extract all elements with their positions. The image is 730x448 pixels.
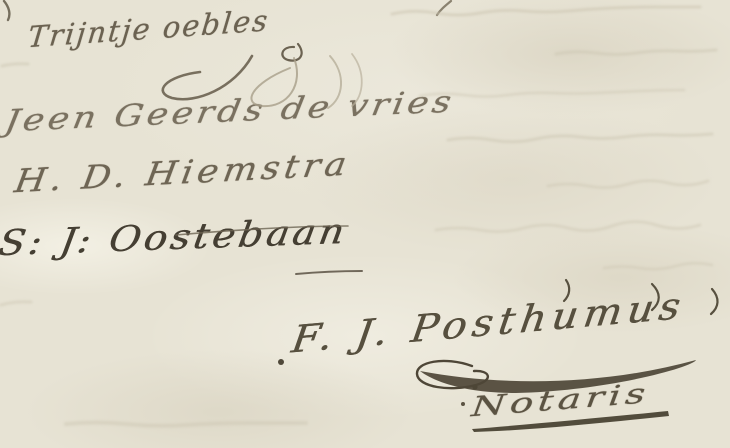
notaris-leading-dot — [461, 402, 465, 406]
bleedthrough-mark-left-2 — [1, 302, 31, 305]
signature-s-j-oostebaan: S: J: Oostebaan — [0, 212, 350, 264]
posthumus-paren-mark-2 — [711, 289, 718, 314]
bleedthrough-mark — [548, 181, 708, 188]
bleedthrough-mark-left — [2, 64, 28, 66]
bleedthrough-mark — [392, 7, 700, 15]
scanned-document-page: Trijntje oebles Jeen Geerds de vries H. … — [0, 0, 730, 448]
bleedthrough-mark — [436, 222, 700, 232]
bleedthrough-mark-bottom — [66, 423, 306, 426]
signature-jeen-geerds-de-vries: Jeen Geerds de vries — [2, 84, 457, 139]
posthumus-ink-dot — [278, 359, 284, 365]
bleedthrough-mark — [420, 90, 684, 97]
trijntje-descender-flourish — [163, 56, 252, 99]
posthumus-flourish-loop — [417, 361, 488, 388]
signature-h-d-hiemstra: H. D. Hiemstra — [12, 144, 354, 200]
oebles-tail-knot — [282, 44, 301, 61]
signature-f-j-posthumus: F. J. Posthumus — [289, 284, 689, 362]
ink-stroke-top-left — [4, 1, 9, 20]
posthumus-flourish-dot — [472, 384, 477, 389]
signature-trijntje-oebles: Trijntje oebles — [26, 3, 271, 54]
signature-notaris: Notaris — [470, 378, 651, 423]
bleedthrough-mark — [556, 50, 716, 55]
ink-stroke-top-center — [437, 1, 451, 15]
bleedthrough-mark — [448, 134, 712, 142]
bleedthrough-group — [1, 7, 716, 426]
bleedthrough-mark — [604, 263, 712, 269]
oostebaan-end-dash — [296, 271, 362, 274]
